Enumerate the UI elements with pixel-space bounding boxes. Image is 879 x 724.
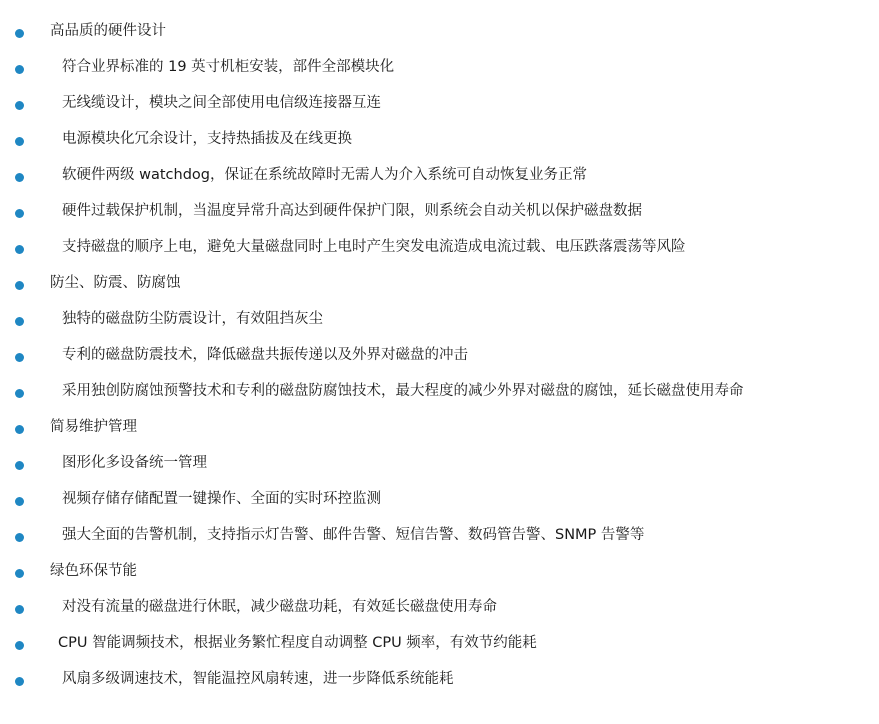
item-text: 专利的磁盘防震技术，降低磁盘共振传递以及外界对磁盘的冲击 (62, 345, 468, 365)
list-item: 图形化多设备统一管理 (0, 453, 879, 489)
item-text: CPU 智能调频技术，根据业务繁忙程度自动调整 CPU 频率，有效节约能耗 (58, 633, 537, 653)
bullet-icon (15, 29, 24, 38)
item-text: 采用独创防腐蚀预警技术和专利的磁盘防腐蚀技术，最大程度的减少外界对磁盘的腐蚀，延… (62, 381, 744, 401)
item-text: 强大全面的告警机制，支持指示灯告警、邮件告警、短信告警、数码管告警、SNMP 告… (62, 525, 644, 545)
list-item: 符合业界标准的 19 英寸机柜安装，部件全部模块化 (0, 57, 879, 93)
item-text: 符合业界标准的 19 英寸机柜安装，部件全部模块化 (62, 57, 394, 77)
item-text: 图形化多设备统一管理 (62, 453, 207, 473)
bullet-icon (15, 605, 24, 614)
list-item: CPU 智能调频技术，根据业务繁忙程度自动调整 CPU 频率，有效节约能耗 (0, 633, 879, 669)
bullet-icon (15, 281, 24, 290)
list-item: 独特的磁盘防尘防震设计，有效阻挡灰尘 (0, 309, 879, 345)
list-item: 对没有流量的磁盘进行休眠，减少磁盘功耗，有效延长磁盘使用寿命 (0, 597, 879, 633)
item-text: 绿色环保节能 (50, 561, 137, 581)
bullet-icon (15, 497, 24, 506)
list-item-heading: 防尘、防震、防腐蚀 (0, 273, 879, 309)
item-text: 视频存储存储配置一键操作、全面的实时环控监测 (62, 489, 381, 509)
list-item-heading: 简易维护管理 (0, 417, 879, 453)
item-text: 风扇多级调速技术，智能温控风扇转速，进一步降低系统能耗 (62, 669, 454, 689)
bullet-icon (15, 461, 24, 470)
bullet-icon (15, 173, 24, 182)
list-item: 专利的磁盘防震技术，降低磁盘共振传递以及外界对磁盘的冲击 (0, 345, 879, 381)
list-item: 软硬件两级 watchdog，保证在系统故障时无需人为介入系统可自动恢复业务正常 (0, 165, 879, 201)
list-item: 风扇多级调速技术，智能温控风扇转速，进一步降低系统能耗 (0, 669, 879, 705)
item-text: 硬件过载保护机制，当温度异常升高达到硬件保护门限，则系统会自动关机以保护磁盘数据 (62, 201, 642, 221)
item-text: 软硬件两级 watchdog，保证在系统故障时无需人为介入系统可自动恢复业务正常 (62, 165, 587, 185)
bullet-icon (15, 389, 24, 398)
bullet-icon (15, 245, 24, 254)
list-item-heading: 高品质的硬件设计 (0, 21, 879, 57)
bullet-icon (15, 677, 24, 686)
list-item: 强大全面的告警机制，支持指示灯告警、邮件告警、短信告警、数码管告警、SNMP 告… (0, 525, 879, 561)
list-item: 支持磁盘的顺序上电，避免大量磁盘同时上电时产生突发电流造成电流过载、电压跌落震荡… (0, 237, 879, 273)
item-text: 支持磁盘的顺序上电，避免大量磁盘同时上电时产生突发电流造成电流过载、电压跌落震荡… (62, 237, 686, 257)
item-text: 高品质的硬件设计 (50, 21, 166, 41)
item-text: 简易维护管理 (50, 417, 137, 437)
bullet-icon (15, 317, 24, 326)
item-text: 电源模块化冗余设计，支持热插拔及在线更换 (62, 129, 352, 149)
bullet-icon (15, 353, 24, 362)
item-text: 无线缆设计，模块之间全部使用电信级连接器互连 (62, 93, 381, 113)
item-text: 对没有流量的磁盘进行休眠，减少磁盘功耗，有效延长磁盘使用寿命 (62, 597, 497, 617)
bullet-icon (15, 569, 24, 578)
list-item: 电源模块化冗余设计，支持热插拔及在线更换 (0, 129, 879, 165)
bullet-icon (15, 533, 24, 542)
bullet-icon (15, 65, 24, 74)
bullet-icon (15, 641, 24, 650)
bullet-icon (15, 101, 24, 110)
item-text: 防尘、防震、防腐蚀 (50, 273, 181, 293)
list-item-heading: 绿色环保节能 (0, 561, 879, 597)
list-item: 硬件过载保护机制，当温度异常升高达到硬件保护门限，则系统会自动关机以保护磁盘数据 (0, 201, 879, 237)
list-item: 无线缆设计，模块之间全部使用电信级连接器互连 (0, 93, 879, 129)
bullet-icon (15, 209, 24, 218)
bullet-icon (15, 425, 24, 434)
bullet-icon (15, 137, 24, 146)
list-item: 采用独创防腐蚀预警技术和专利的磁盘防腐蚀技术，最大程度的减少外界对磁盘的腐蚀，延… (0, 381, 879, 417)
item-text: 独特的磁盘防尘防震设计，有效阻挡灰尘 (62, 309, 323, 329)
list-item: 视频存储存储配置一键操作、全面的实时环控监测 (0, 489, 879, 525)
